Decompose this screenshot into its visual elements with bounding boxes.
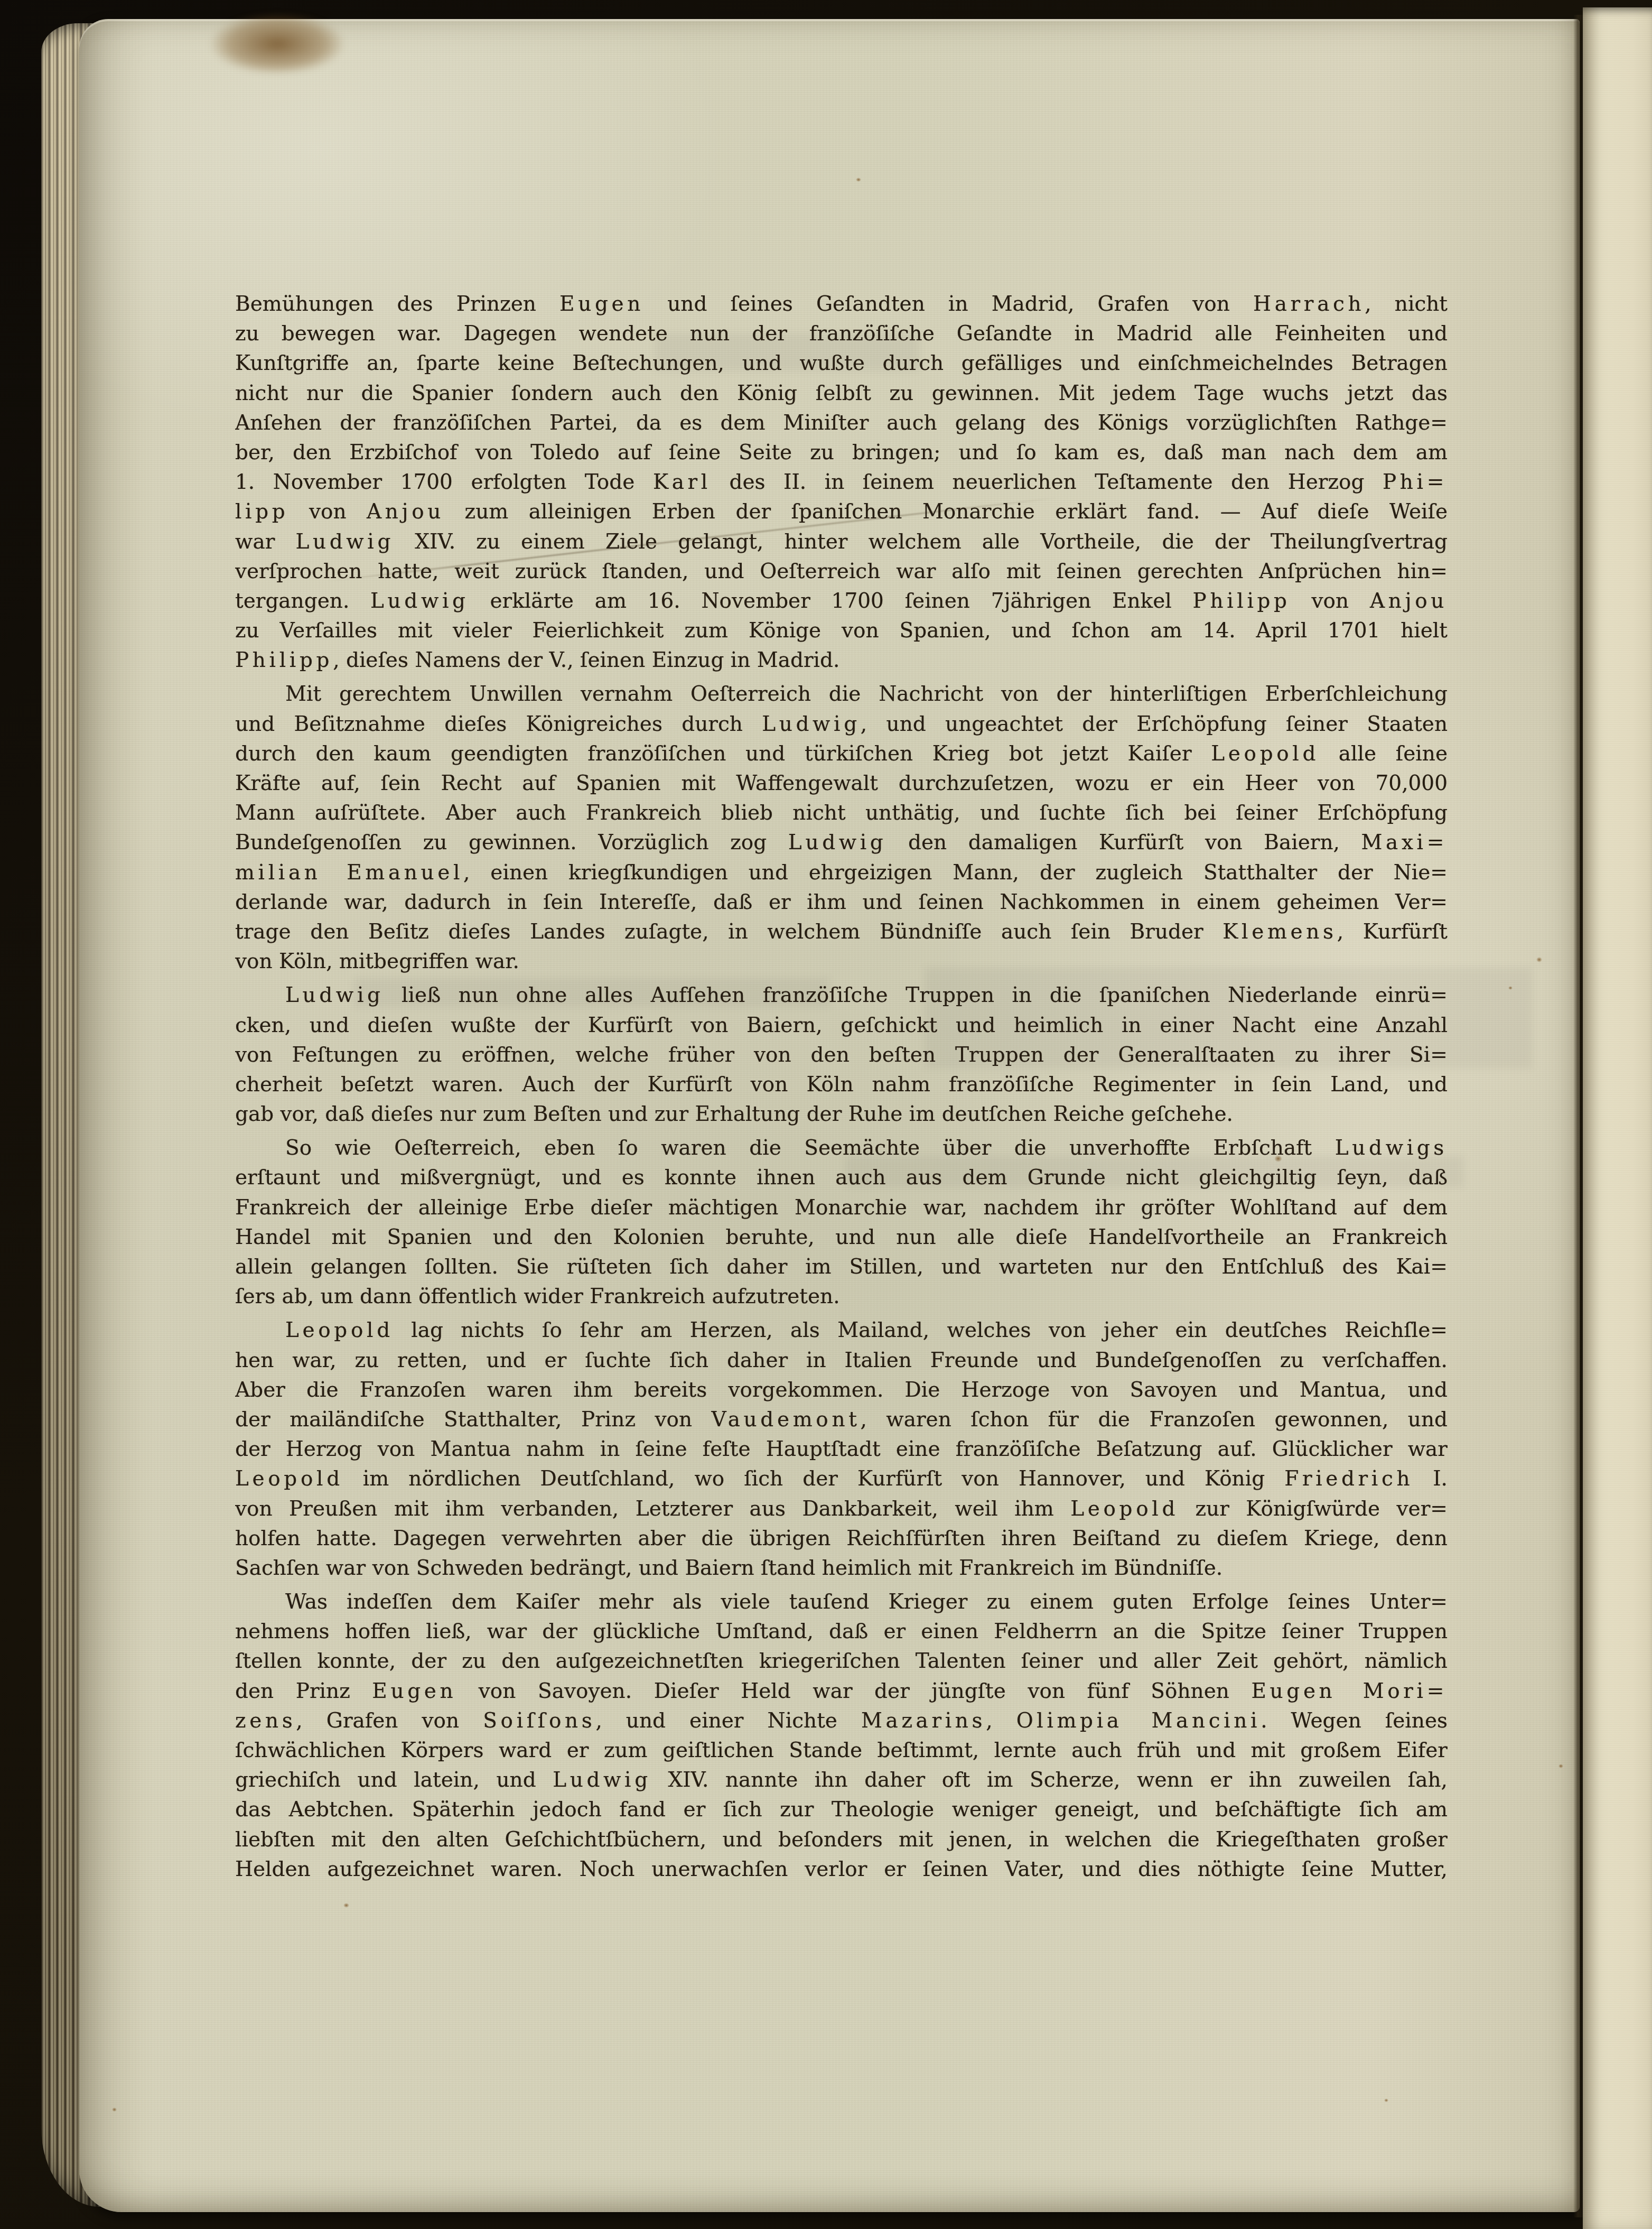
text-line: von Köln, mitbegriffen war. bbox=[235, 947, 1448, 977]
proper-name: Soiſſons bbox=[483, 1709, 595, 1733]
text-line: tergangen. Ludwig erklärte am 16. Novemb… bbox=[235, 587, 1448, 616]
text-line: Aber die Franzoſen waren ihm bereits vor… bbox=[235, 1376, 1448, 1405]
paragraph: Bemühungen des Prinzen Eugen und ſeines … bbox=[235, 290, 1448, 675]
proper-name: Maxi= bbox=[1361, 831, 1448, 855]
text-block: Bemühungen des Prinzen Eugen und ſeines … bbox=[235, 290, 1448, 1884]
paragraph: Was indeſſen dem Kaiſer mehr als viele t… bbox=[235, 1587, 1448, 1884]
text-line: von Preußen mit ihm verbanden, Letzterer… bbox=[235, 1494, 1448, 1524]
text-line: durch den kaum geendigten franzöſiſchen … bbox=[235, 739, 1448, 769]
proper-name: Ludwigs bbox=[1335, 1136, 1448, 1160]
proper-name: Eugen bbox=[559, 292, 644, 316]
text-line: gab vor, daß dieſes nur zum Beſten und z… bbox=[235, 1100, 1448, 1129]
foxing-spot bbox=[1536, 957, 1542, 962]
proper-name: Leopold bbox=[1211, 742, 1319, 766]
proper-name: Leopold bbox=[285, 1318, 394, 1342]
text-line: den Prinz Eugen von Savoyen. Dieſer Held… bbox=[235, 1677, 1448, 1706]
proper-name: Olimpia Mancini bbox=[1016, 1709, 1261, 1733]
text-line: hen war, zu retten, und er ſuchte ſich d… bbox=[235, 1346, 1448, 1376]
text-line: Frankreich der alleinige Erbe dieſer mäc… bbox=[235, 1193, 1448, 1223]
text-line: derlande war, dadurch in ſein Intereſſe,… bbox=[235, 888, 1448, 917]
proper-name: Phi= bbox=[1383, 470, 1448, 494]
text-line: Sachſen war von Schweden bedrängt, und B… bbox=[235, 1554, 1448, 1583]
proper-name: Ludwig bbox=[762, 712, 861, 736]
text-line: ſers ab, um dann öffentlich wider Frankr… bbox=[235, 1282, 1448, 1312]
proper-name: zens bbox=[235, 1709, 296, 1733]
text-line: der Herzog von Mantua nahm in ſeine feſt… bbox=[235, 1435, 1448, 1464]
proper-name: lipp bbox=[235, 500, 288, 524]
proper-name: Ludwig bbox=[370, 589, 469, 613]
proper-name: Philipp bbox=[235, 648, 333, 672]
text-line: 1. November 1700 erfolgten Tode Karl des… bbox=[235, 468, 1448, 497]
text-line: Helden aufgezeichnet waren. Noch unerwac… bbox=[235, 1855, 1448, 1884]
foxing-spot bbox=[1384, 2098, 1388, 2102]
text-line: zu bewegen war. Dagegen wendete nun der … bbox=[235, 319, 1448, 349]
text-line: Bemühungen des Prinzen Eugen und ſeines … bbox=[235, 290, 1448, 319]
proper-name: Ludwig bbox=[788, 831, 887, 855]
text-line: verſprochen hatte, weit zurück ſtanden, … bbox=[235, 557, 1448, 587]
text-line: ſchwächlichen Körpers ward er zum geiſtl… bbox=[235, 1736, 1448, 1766]
proper-name: Anjou bbox=[367, 500, 444, 524]
text-line: Kunſtgriffe an, ſparte keine Beſtechunge… bbox=[235, 349, 1448, 378]
text-line: Leopold lag nichts ſo ſehr am Herzen, al… bbox=[235, 1316, 1448, 1345]
text-line: trage den Beſitz dieſes Landes zuſagte, … bbox=[235, 917, 1448, 947]
text-line: nicht nur die Spanier ſondern auch den K… bbox=[235, 379, 1448, 408]
text-line: allein gelangen ſollten. Sie rüſteten ſi… bbox=[235, 1252, 1448, 1282]
text-line: Mann auſrüſtete. Aber auch Frankreich bl… bbox=[235, 798, 1448, 828]
text-line: ber, den Erzbiſchof von Toledo auf ſeine… bbox=[235, 438, 1448, 468]
proper-name: Friedrich bbox=[1284, 1467, 1413, 1491]
text-line: liebſten mit den alten Geſchichtſbüchern… bbox=[235, 1825, 1448, 1855]
proper-name: milian Emanuel bbox=[235, 861, 463, 885]
text-line: Philipp, dieſes Namens der V., ſeinen Ei… bbox=[235, 646, 1448, 675]
text-line: cherheit beſetzt waren. Auch der Kurfürſ… bbox=[235, 1070, 1448, 1100]
foxing-spot bbox=[1558, 1764, 1563, 1768]
text-line: zu Verſailles mit vieler Feierlichkeit z… bbox=[235, 616, 1448, 646]
text-line: Was indeſſen dem Kaiſer mehr als viele t… bbox=[235, 1587, 1448, 1617]
photo-background: Bemühungen des Prinzen Eugen und ſeines … bbox=[0, 0, 1652, 2229]
proper-name: Leopold bbox=[1070, 1497, 1179, 1521]
text-line: ſtellen konnte, der zu den auſgezeichnet… bbox=[235, 1647, 1448, 1676]
proper-name: Klemens bbox=[1222, 920, 1337, 944]
proper-name: Anjou bbox=[1370, 589, 1448, 613]
proper-name: Ludwig bbox=[553, 1768, 651, 1792]
text-line: Handel mit Spanien und den Kolonien beru… bbox=[235, 1223, 1448, 1252]
proper-name: Mazarins bbox=[861, 1709, 986, 1733]
text-line: von Feſtungen zu eröffnen, welche früher… bbox=[235, 1041, 1448, 1070]
foxing-spot bbox=[112, 2107, 117, 2112]
text-line: So wie Oeſterreich, eben ſo waren die Se… bbox=[235, 1134, 1448, 1163]
text-line: war Ludwig XIV. zu einem Ziele gelangt, … bbox=[235, 527, 1448, 557]
text-line: zens, Grafen von Soiſſons, und einer Nic… bbox=[235, 1706, 1448, 1736]
text-line: Leopold im nördlichen Deutſchland, wo ſi… bbox=[235, 1464, 1448, 1494]
proper-name: Leopold bbox=[235, 1467, 343, 1491]
text-line: Ludwig ließ nun ohne alles Aufſehen fran… bbox=[235, 981, 1448, 1010]
foxing-spot bbox=[343, 1903, 349, 1908]
proper-name: Ludwig bbox=[285, 983, 384, 1007]
text-line: milian Emanuel, einen kriegſkundigen und… bbox=[235, 858, 1448, 888]
proper-name: Karl bbox=[653, 470, 711, 494]
text-line: lipp von Anjou zum alleinigen Erben der … bbox=[235, 497, 1448, 527]
ink-stain bbox=[190, 4, 365, 83]
text-line: holfen hatte. Dagegen verwehrten aber di… bbox=[235, 1524, 1448, 1554]
text-line: nehmens hoffen ließ, war der glückliche … bbox=[235, 1617, 1448, 1647]
text-line: cken, und dieſen wußte der Kurfürſt von … bbox=[235, 1011, 1448, 1041]
book-page: Bemühungen des Prinzen Eugen und ſeines … bbox=[79, 19, 1580, 2212]
text-line: griechiſch und latein, und Ludwig XIV. n… bbox=[235, 1766, 1448, 1795]
proper-name: Philipp bbox=[1193, 589, 1291, 613]
proper-name: Eugen bbox=[372, 1679, 456, 1703]
paragraph: So wie Oeſterreich, eben ſo waren die Se… bbox=[235, 1134, 1448, 1312]
proper-name: Eugen Mori= bbox=[1251, 1679, 1448, 1703]
paragraph: Leopold lag nichts ſo ſehr am Herzen, al… bbox=[235, 1316, 1448, 1583]
page-fold-shadow bbox=[1573, 15, 1584, 2217]
text-line: Kräfte auf, ſein Recht auf Spanien mit W… bbox=[235, 769, 1448, 798]
proper-name: Vaudemont bbox=[712, 1408, 861, 1432]
text-line: und Beſitznahme dieſes Königreiches durc… bbox=[235, 710, 1448, 739]
text-line: Anſehen der franzöſiſchen Partei, da es … bbox=[235, 408, 1448, 438]
underlying-page bbox=[1583, 7, 1652, 2229]
text-line: erſtaunt und mißvergnügt, und es konnte … bbox=[235, 1163, 1448, 1193]
paragraph: Ludwig ließ nun ohne alles Aufſehen fran… bbox=[235, 981, 1448, 1129]
text-line: Bundeſgenoſſen zu gewinnen. Vorzüglich z… bbox=[235, 828, 1448, 858]
text-line: der mailändiſche Statthalter, Prinz von … bbox=[235, 1405, 1448, 1435]
text-line: das Aebtchen. Späterhin jedoch fand er ſ… bbox=[235, 1795, 1448, 1825]
foxing-spot bbox=[856, 178, 861, 182]
paragraph: Mit gerechtem Unwillen vernahm Oeſterrei… bbox=[235, 680, 1448, 977]
proper-name: Ludwig bbox=[295, 530, 394, 554]
text-line: Mit gerechtem Unwillen vernahm Oeſterrei… bbox=[235, 680, 1448, 709]
proper-name: Harrach bbox=[1253, 292, 1365, 316]
